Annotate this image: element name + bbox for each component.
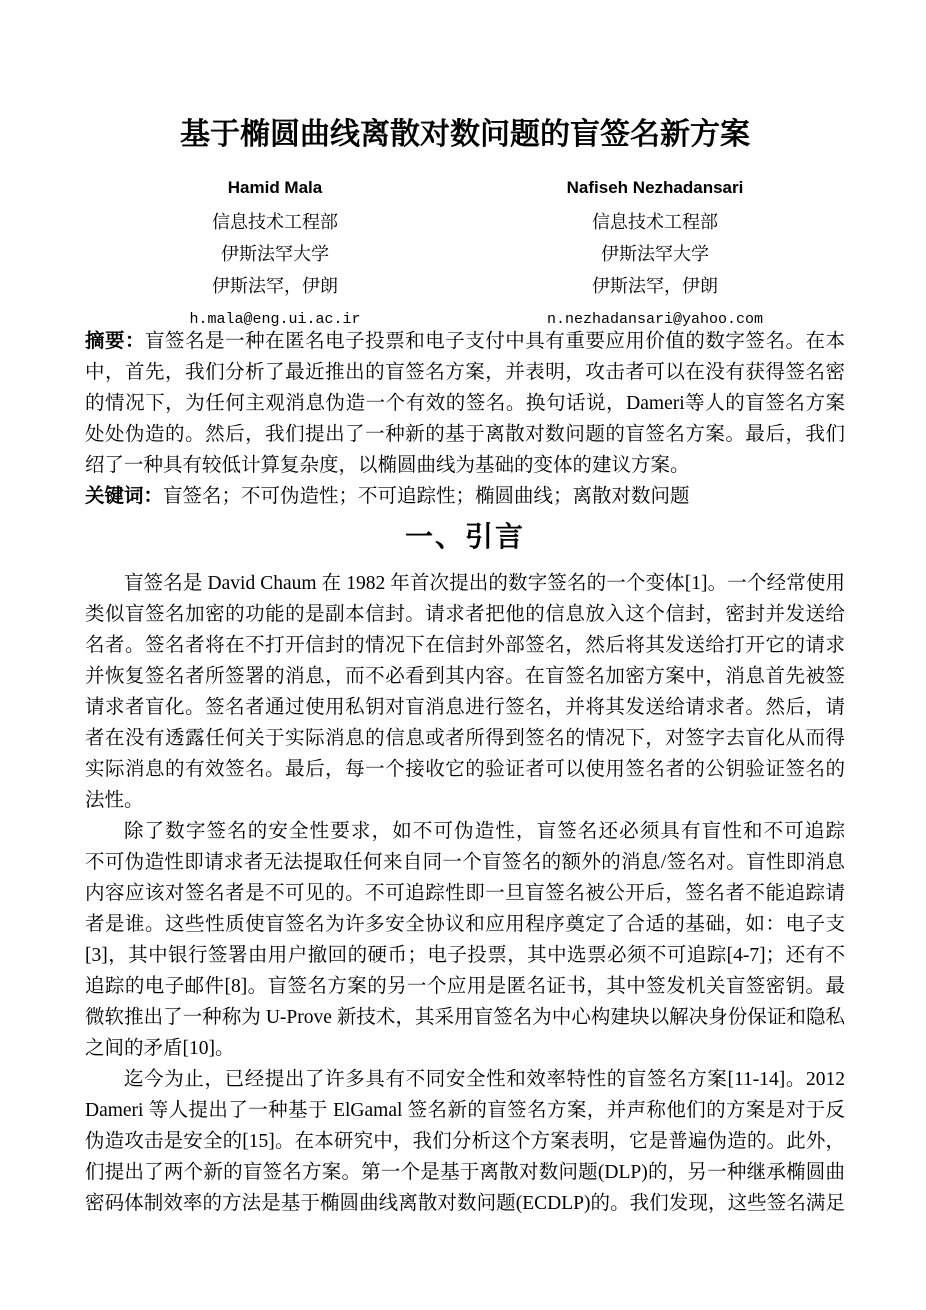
body-line: 名者。签名者将在不打开信封的情况下在信封外部签名，然后将其发送给打开它的请求者 — [85, 630, 845, 661]
body-line: 实际消息的有效签名。最后，每一个接收它的验证者可以使用签名者的公钥验证签名的合 — [85, 754, 845, 785]
keywords-label: 关键词： — [85, 486, 163, 507]
section-heading-introduction: 一、引言 — [85, 517, 845, 557]
abstract-line: 绍了一种具有较低计算复杂度，以椭圆曲线为基础的变体的建议方案。 — [85, 450, 845, 481]
abstract-line: 处处伪造的。然后，我们提出了一种新的基于离散对数问题的盲签名方案。最后，我们介 — [85, 419, 845, 450]
author-location: 伊斯法罕，伊朗 — [465, 270, 845, 302]
abstract-and-keywords: 摘要：盲签名是一种在匿名电子投票和电子支付中具有重要应用价值的数字签名。在本文中… — [85, 326, 845, 512]
abstract-line: 的情况下，为任何主观消息伪造一个有效的签名。换句话说，Dameri等人的盲签名方… — [85, 388, 845, 419]
body-line: [3]，其中银行签署由用户撤回的硬币；电子投票，其中选票必须不可追踪[4-7]；… — [85, 940, 845, 971]
line-text: 盲签名是一种在匿名电子投票和电子支付中具有重要应用价值的数字签名。在本文 — [85, 331, 845, 357]
body-line: 们提出了两个新的盲签名方案。第一个是基于离散对数问题(DLP)的，另一种继承椭圆… — [85, 1157, 845, 1188]
body-line: 密码体制效率的方法是基于椭圆曲线离散对数问题(ECDLP)的。我们发现，这些签名… — [85, 1188, 845, 1219]
body-line: 迄今为止，已经提出了许多具有不同安全性和效率特性的盲签名方案[11-14]。20… — [85, 1064, 845, 1095]
author-name: Nafiseh Nezhadansari — [465, 174, 845, 206]
body-line: 并恢复签名者所签署的消息，而不必看到其内容。在盲签名加密方案中，消息首先被签名 — [85, 661, 845, 692]
body-line: 类似盲签名加密的功能的是副本信封。请求者把他的信息放入这个信封，密封并发送给签 — [85, 599, 845, 630]
body-line: 追踪的电子邮件[8]。盲签名方案的另一个应用是匿名证书，其中签发机关盲签密钥。最… — [85, 971, 845, 1002]
body-line: 者在没有透露任何关于实际消息的信息或者所得到签名的情况下，对签字去盲化从而得到 — [85, 723, 845, 754]
body-line: 盲签名是 David Chaum 在 1982 年首次提出的数字签名的一个变体[… — [85, 568, 845, 599]
keywords-line: 关键词：盲签名；不可伪造性；不可追踪性；椭圆曲线；离散对数问题 — [85, 481, 845, 512]
author-location: 伊斯法罕，伊朗 — [85, 270, 465, 302]
introduction-body: 盲签名是 David Chaum 在 1982 年首次提出的数字签名的一个变体[… — [85, 568, 845, 1219]
author-department: 信息技术工程部 — [465, 206, 845, 238]
body-line: 之间的矛盾[10]。 — [85, 1033, 845, 1064]
body-line: 内容应该对签名者是不可见的。不可追踪性即一旦盲签名被公开后，签名者不能追踪请求 — [85, 878, 845, 909]
abstract-line: 摘要：盲签名是一种在匿名电子投票和电子支付中具有重要应用价值的数字签名。在本文 — [85, 326, 845, 357]
author-column-2: Nafiseh Nezhadansari 信息技术工程部 伊斯法罕大学 伊斯法罕… — [465, 174, 845, 334]
author-university: 伊斯法罕大学 — [465, 238, 845, 270]
body-line: 伪造攻击是安全的[15]。在本研究中，我们分析这个方案表明，它是普遍伪造的。此外… — [85, 1126, 845, 1157]
author-department: 信息技术工程部 — [85, 206, 465, 238]
authors-block: Hamid Mala 信息技术工程部 伊斯法罕大学 伊斯法罕，伊朗 h.mala… — [85, 174, 845, 334]
body-line: 法性。 — [85, 785, 845, 816]
body-line: 者是谁。这些性质使盲签名为许多安全协议和应用程序奠定了合适的基础，如：电子支付 — [85, 909, 845, 940]
document-page: 基于椭圆曲线离散对数问题的盲签名新方案 Hamid Mala 信息技术工程部 伊… — [0, 0, 926, 1310]
body-line: 除了数字签名的安全性要求，如不可伪造性，盲签名还必须具有盲性和不可追踪性。 — [85, 816, 845, 847]
body-line: Dameri 等人提出了一种基于 ElGamal 签名新的盲签名方案，并声称他们… — [85, 1095, 845, 1126]
author-column-1: Hamid Mala 信息技术工程部 伊斯法罕大学 伊斯法罕，伊朗 h.mala… — [85, 174, 465, 334]
line-text: 盲签名；不可伪造性；不可追踪性；椭圆曲线；离散对数问题 — [163, 486, 690, 507]
author-university: 伊斯法罕大学 — [85, 238, 465, 270]
paper-title: 基于椭圆曲线离散对数问题的盲签名新方案 — [85, 116, 845, 154]
body-line: 微软推出了一种称为 U-Prove 新技术，其采用盲签名为中心构建块以解决身份保… — [85, 1002, 845, 1033]
author-name: Hamid Mala — [85, 174, 465, 206]
abstract-label: 摘要： — [85, 331, 145, 352]
abstract-line: 中，首先，我们分析了最近推出的盲签名方案，并表明，攻击者可以在没有获得签名密钥 — [85, 357, 845, 388]
body-line: 不可伪造性即请求者无法提取任何来自同一个盲签名的额外的消息/签名对。盲性即消息的 — [85, 847, 845, 878]
body-line: 请求者盲化。签名者通过使用私钥对盲消息进行签名，并将其发送给请求者。然后，请求 — [85, 692, 845, 723]
